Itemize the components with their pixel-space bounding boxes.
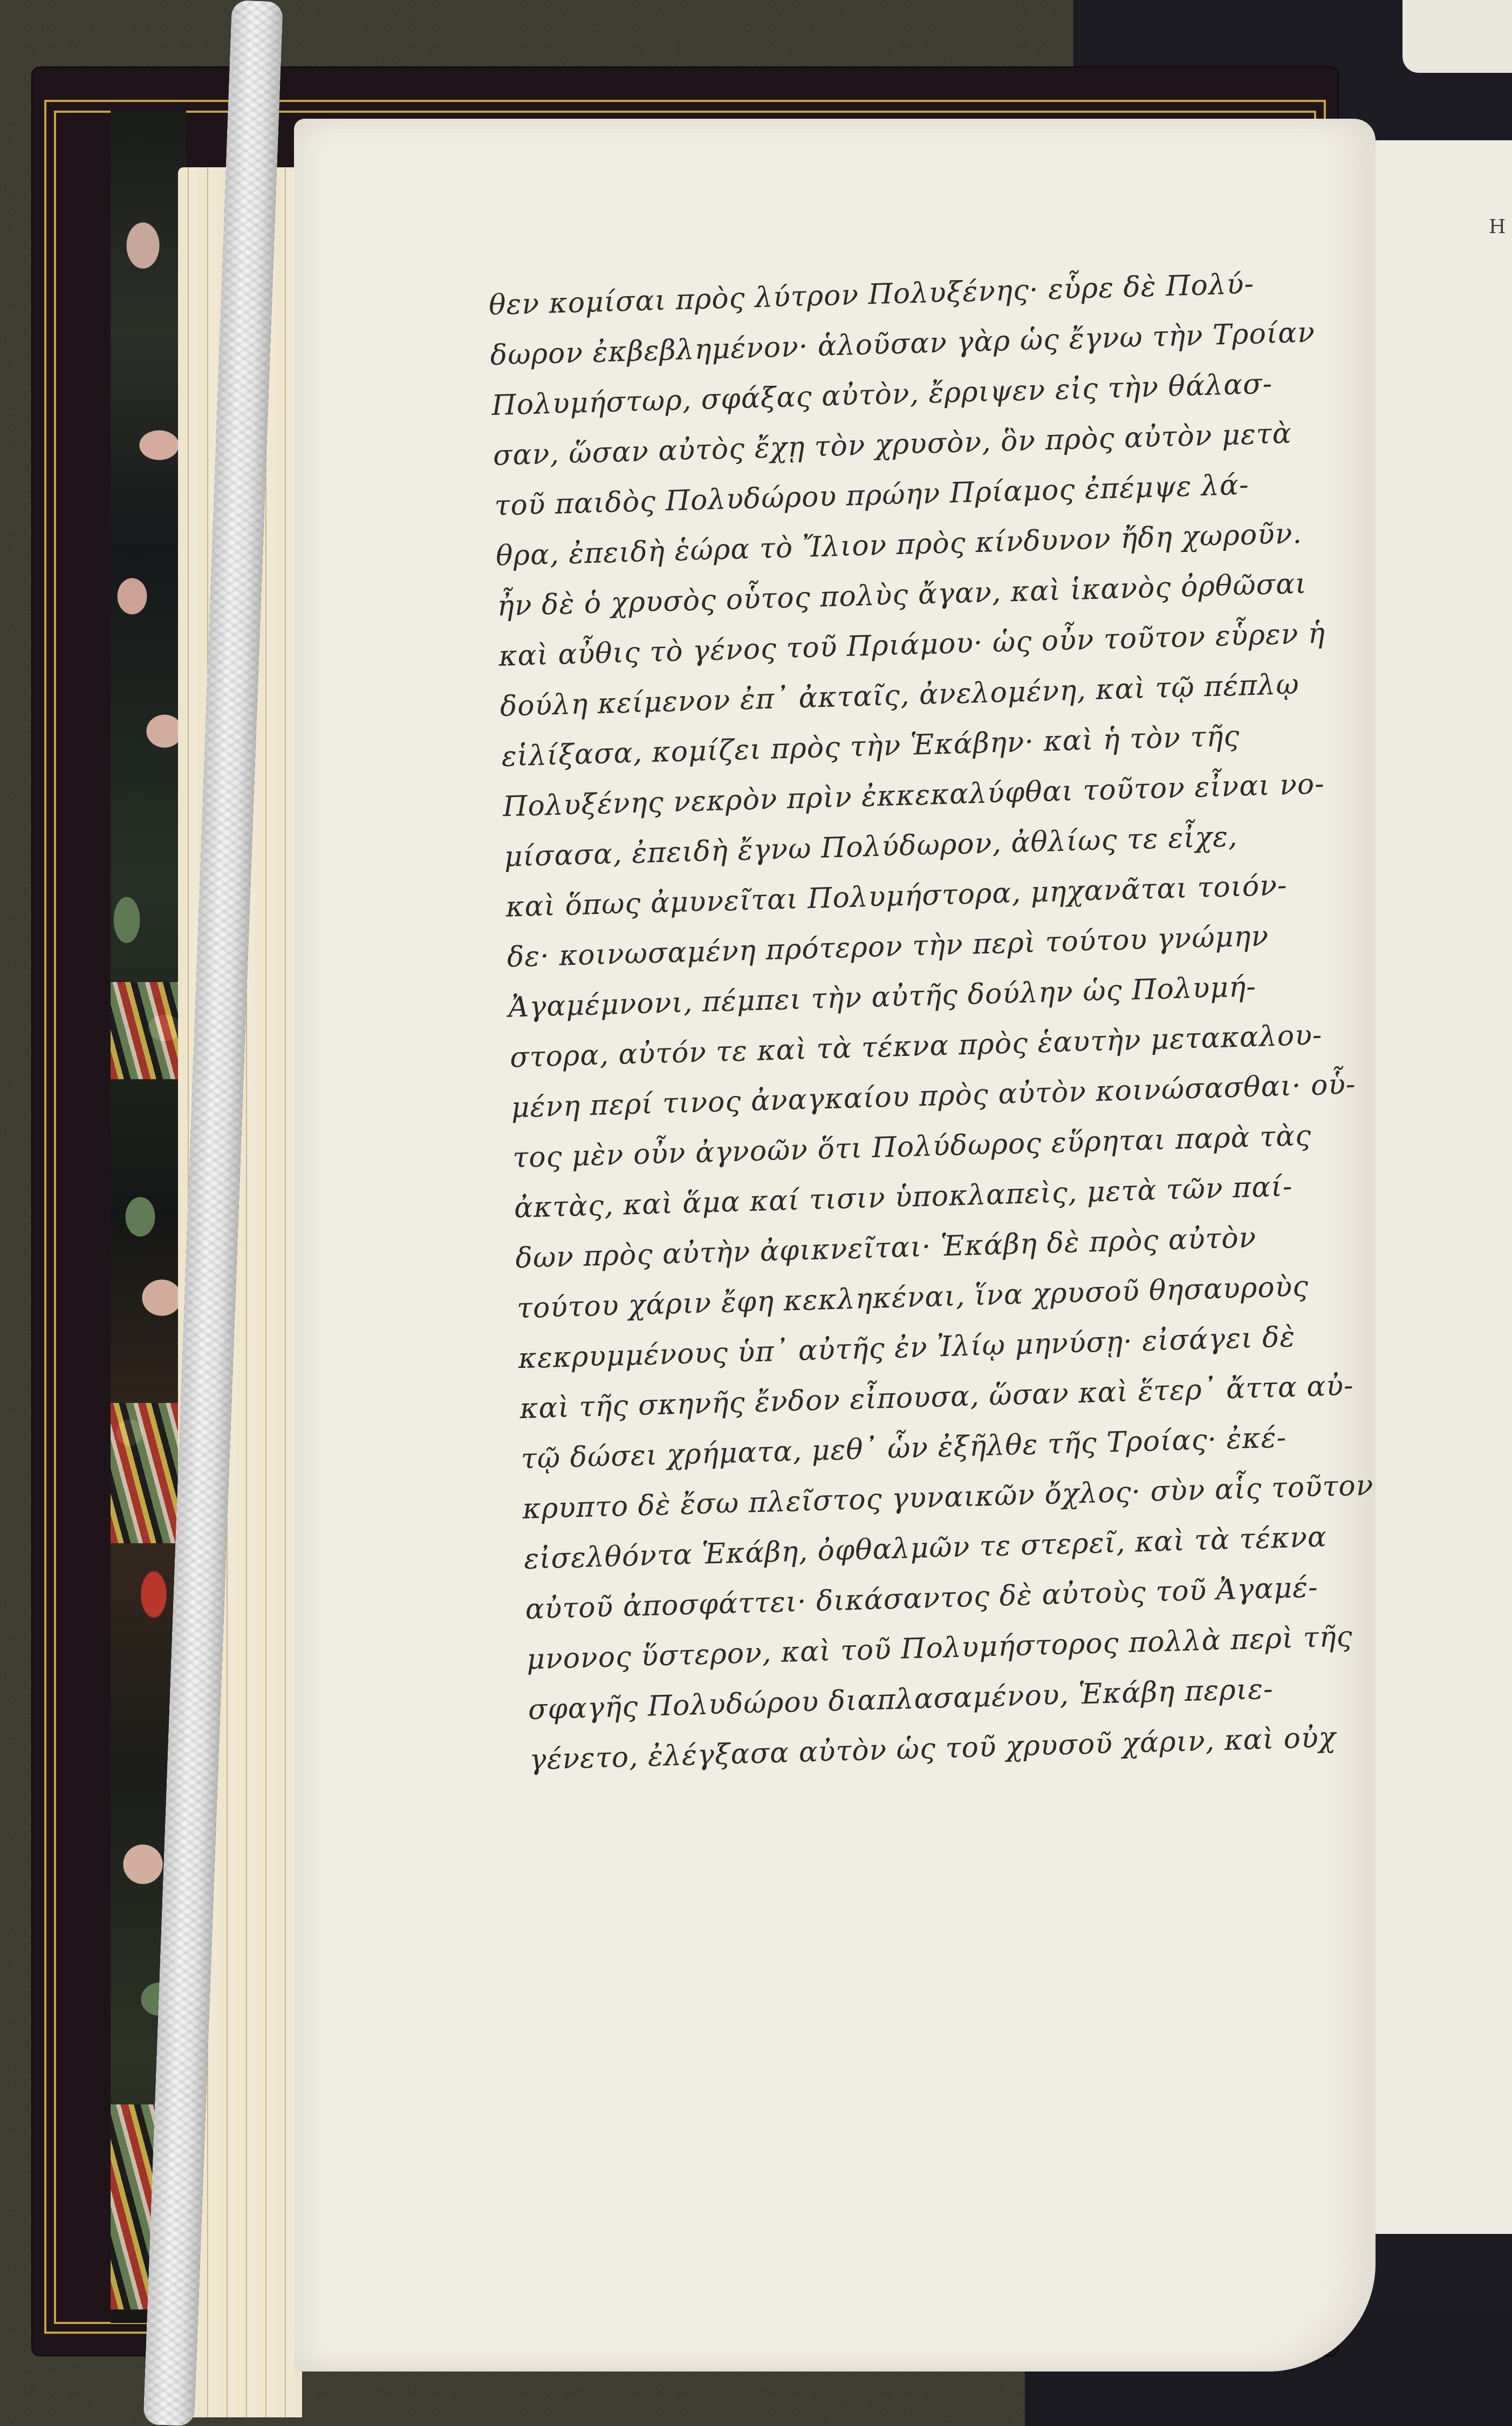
marbled-endpaper-stripe [111,982,186,1079]
facing-page-initial: H [1489,216,1506,238]
facing-page [1373,140,1512,2234]
marbled-endpaper-stripe [111,1403,186,1543]
greek-text-block: θεν κομίσαι πρὸς λύτρον Πολυξένης· εὗρε … [488,256,1393,1786]
support-sheet [1402,0,1512,73]
